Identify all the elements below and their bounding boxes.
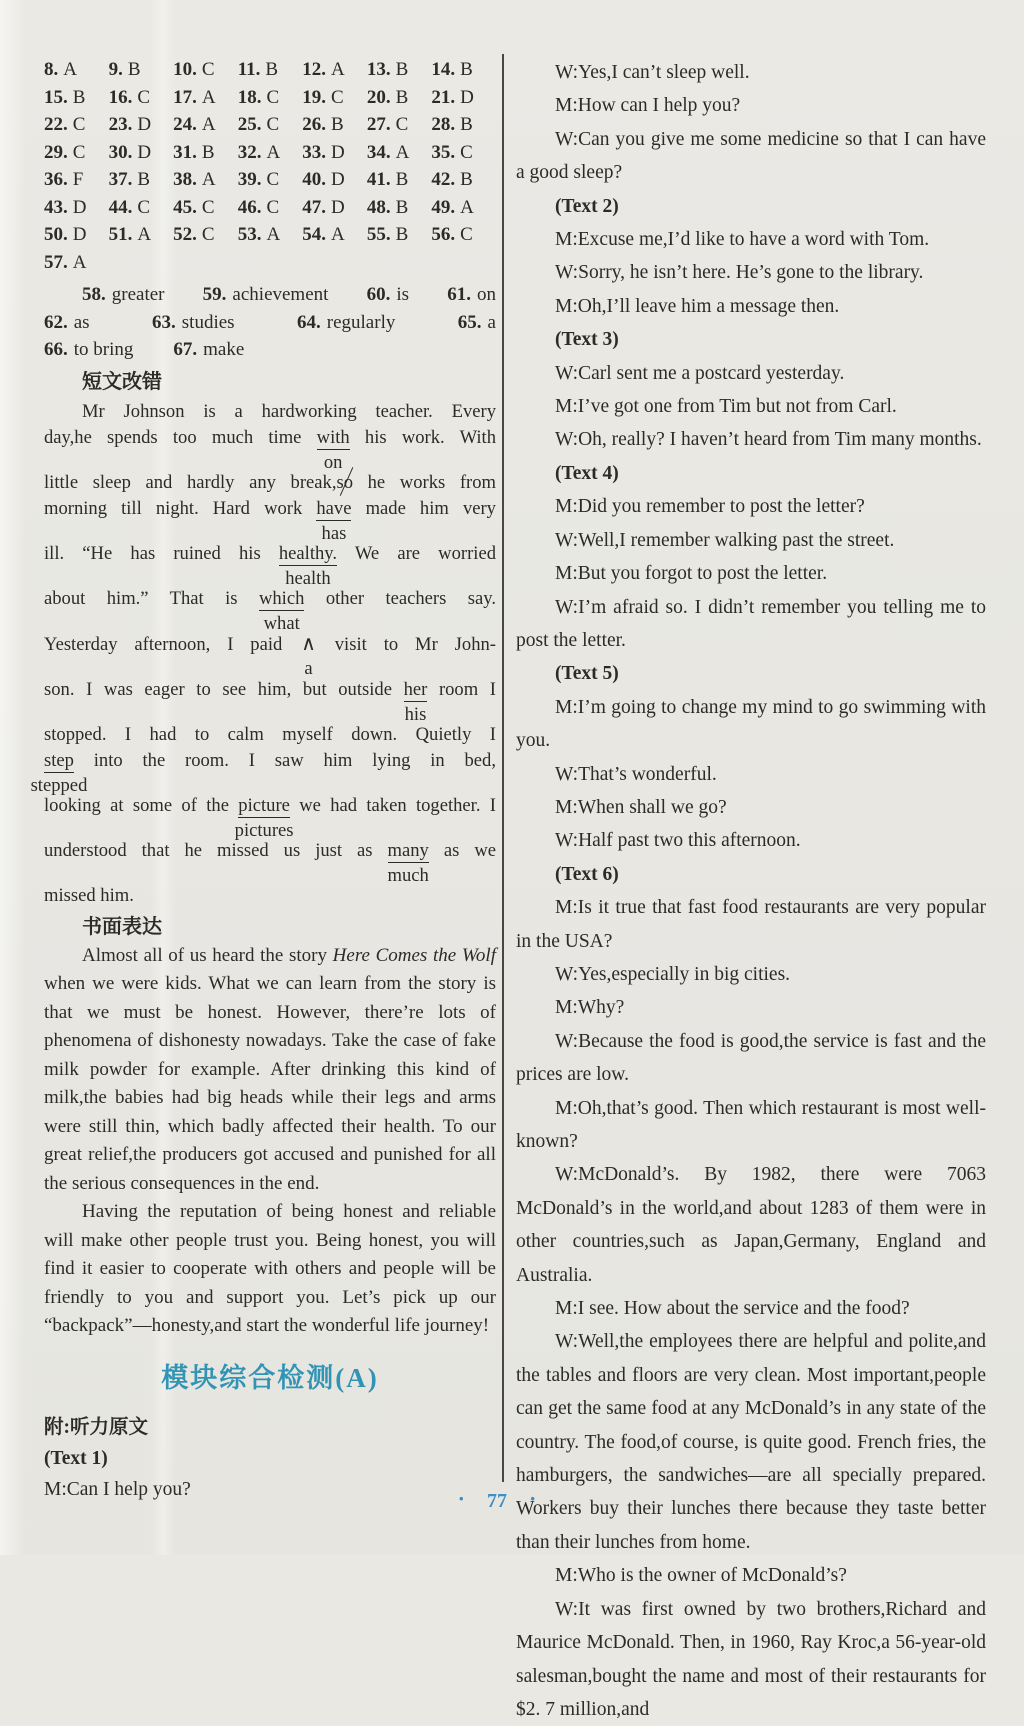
- answer-number: 11.: [238, 59, 261, 80]
- text-run: made him very: [351, 498, 496, 519]
- essay-paragraph: Almost all of us heard the story Here Co…: [44, 942, 496, 1199]
- answer-letter: D: [73, 197, 87, 218]
- text-run: other teachers say.: [304, 588, 496, 609]
- answer-cell: 19.C: [302, 84, 367, 112]
- text-run: son. I was eager to see him, but outside: [44, 679, 404, 700]
- answer-number: 8.: [44, 59, 58, 80]
- dialog-line: W:Half past two this afternoon.: [516, 824, 986, 857]
- answer-letter: A: [73, 252, 87, 273]
- text-section-label: (Text 6): [516, 858, 986, 891]
- answer-letter: C: [266, 87, 279, 108]
- fill-in-answer: 67.make: [173, 336, 244, 364]
- answer-letter: A: [63, 59, 77, 80]
- answer-number: 39.: [238, 169, 262, 190]
- answer-letter: B: [202, 142, 215, 163]
- text-run: into the room. I saw him lying in bed,: [74, 750, 496, 771]
- text-run: as we: [429, 840, 496, 861]
- fill-in-number: 65.: [458, 312, 482, 333]
- left-column: 8.A9.B10.C11.B12.A13.B14.B15.B16.C17.A18…: [44, 56, 496, 1505]
- answer-cell: 39.C: [238, 166, 303, 194]
- dialog-line: M:I’m going to change my mind to go swim…: [516, 691, 986, 758]
- fill-in-line: 66.to bring67.make: [44, 336, 496, 364]
- answer-cell: 54.A: [302, 221, 367, 249]
- dialog-line: M:I see. How about the service and the f…: [516, 1292, 986, 1325]
- answer-number: 55.: [367, 224, 391, 245]
- answer-cell: 41.B: [367, 166, 432, 194]
- writing-heading: 书面表达: [44, 912, 496, 942]
- answer-cell: 22.C: [44, 111, 109, 139]
- answer-number: 37.: [109, 169, 133, 190]
- answer-number: 45.: [173, 197, 197, 218]
- answer-number: 36.: [44, 169, 68, 190]
- fill-in-number: 67.: [173, 339, 197, 360]
- answer-number: 46.: [238, 197, 262, 218]
- dialog-line: M:Did you remember to post the letter?: [516, 490, 986, 523]
- correction-line: about him.” That is whichwhat other teac…: [44, 586, 496, 631]
- answer-cell: 52.C: [173, 221, 238, 249]
- answer-cell: 34.A: [367, 139, 432, 167]
- answer-number: 16.: [109, 87, 133, 108]
- text-run: ill. “He has ruined his: [44, 543, 279, 564]
- answer-letter: C: [137, 197, 150, 218]
- correction-line: looking at some of the picturepictures w…: [44, 793, 496, 838]
- answer-cell: 48.B: [367, 194, 432, 222]
- scanned-answer-key-page: 8.A9.B10.C11.B12.A13.B14.B15.B16.C17.A18…: [0, 0, 1024, 1555]
- dialog-line: M:Is it true that fast food restaurants …: [516, 891, 986, 958]
- story-title-italic: Here Comes the Wolf: [333, 945, 496, 966]
- answer-cell: 44.C: [109, 194, 174, 222]
- answer-cell: 29.C: [44, 139, 109, 167]
- answer-cell: 55.B: [367, 221, 432, 249]
- answer-number: 48.: [367, 197, 391, 218]
- text-run: stopped. I had to calm myself down. Quie…: [44, 724, 496, 745]
- fill-in-answer: 62.as: [44, 309, 90, 337]
- answer-letter: C: [73, 114, 86, 135]
- text-run: understood that he missed us just as: [44, 840, 388, 861]
- answer-cell: 8.A: [44, 56, 109, 84]
- answer-letter: A: [331, 224, 345, 245]
- page-number: 77: [487, 1490, 507, 1512]
- answer-letter: A: [137, 224, 151, 245]
- answer-number: 33.: [302, 142, 326, 163]
- dialog-line: W:McDonald’s. By 1982, there were 7063 M…: [516, 1158, 986, 1292]
- answer-letter: C: [73, 142, 86, 163]
- answer-cell: 10.C: [173, 56, 238, 84]
- answer-number: 43.: [44, 197, 68, 218]
- text-run: Yesterday afternoon, I paid: [44, 634, 299, 655]
- answer-number: 56.: [431, 224, 455, 245]
- correction-line: ill. “He has ruined his healthy.health W…: [44, 541, 496, 586]
- text-section-label: (Text 2): [516, 190, 986, 223]
- fill-in-value: make: [203, 339, 244, 360]
- right-column: W:Yes,I can’t sleep well.M:How can I hel…: [516, 56, 986, 1555]
- dialog-line: W:Carl sent me a postcard yesterday.: [516, 357, 986, 390]
- answer-letter: A: [266, 142, 280, 163]
- module-test-heading: 模块综合检测(A): [44, 1358, 496, 1398]
- answer-number: 22.: [44, 114, 68, 135]
- answer-cell: 56.C: [431, 221, 496, 249]
- answer-letter: D: [73, 224, 87, 245]
- answer-cell: 26.B: [302, 111, 367, 139]
- fill-in-value: achievement: [232, 284, 328, 305]
- correction-line: morning till night. Hard work havehas ma…: [44, 496, 496, 541]
- fill-in-value: is: [396, 284, 409, 305]
- answer-number: 17.: [173, 87, 197, 108]
- error-correction-heading: 短文改错: [44, 367, 496, 397]
- answer-number: 57.: [44, 252, 68, 273]
- text1-label: (Text 1): [44, 1443, 496, 1474]
- fill-in-answers: 58.greater59.achievement60.is61.on62.as6…: [44, 281, 496, 364]
- answer-letter: D: [137, 114, 151, 135]
- answer-cell: 18.C: [238, 84, 303, 112]
- correction-line: Mr Johnson is a hardworking teacher. Eve…: [44, 399, 496, 425]
- fill-in-value: studies: [182, 312, 235, 333]
- text-run: We are worried: [337, 543, 496, 564]
- answer-cell: 11.B: [238, 56, 303, 84]
- answer-cell: 46.C: [238, 194, 303, 222]
- dialog-line: M:How can I help you?: [516, 89, 986, 122]
- answer-letter: A: [396, 142, 410, 163]
- text-run: Almost all of us heard the story: [82, 945, 333, 966]
- answer-number: 12.: [302, 59, 326, 80]
- fill-in-number: 59.: [203, 284, 227, 305]
- answer-cell: 38.A: [173, 166, 238, 194]
- answer-cell: 13.B: [367, 56, 432, 84]
- answer-cell: 15.B: [44, 84, 109, 112]
- correction-line: stopped. I had to calm myself down. Quie…: [44, 722, 496, 748]
- answer-cell: 49.A: [431, 194, 496, 222]
- answer-cell: 27.C: [367, 111, 432, 139]
- fill-in-answer: 66.to bring: [44, 336, 133, 364]
- answer-number: 49.: [431, 197, 455, 218]
- answer-cell: 31.B: [173, 139, 238, 167]
- fill-in-number: 58.: [82, 284, 106, 305]
- answer-letter: C: [202, 224, 215, 245]
- answer-letter: D: [137, 142, 151, 163]
- answer-letter: A: [202, 87, 216, 108]
- listening-script-label: 附:听力原文: [44, 1412, 496, 1443]
- dialog-line: M:Oh,that’s good. Then which restaurant …: [516, 1092, 986, 1159]
- answer-number: 20.: [367, 87, 391, 108]
- answer-letter: C: [460, 142, 473, 163]
- footer-dot: ·: [529, 1486, 536, 1511]
- fill-in-answer: 64.regularly: [297, 309, 395, 337]
- fill-in-answer: 63.studies: [152, 309, 235, 337]
- answer-number: 10.: [173, 59, 197, 80]
- answer-letter: A: [460, 197, 474, 218]
- correction-line: day,he spends too much time withon his w…: [44, 425, 496, 470]
- answer-cell: 40.D: [302, 166, 367, 194]
- answer-letter: B: [460, 169, 473, 190]
- answer-cell: 45.C: [173, 194, 238, 222]
- dialog-line: M:Excuse me,I’d like to have a word with…: [516, 223, 986, 256]
- underlined-error-word: stepstepped: [44, 750, 74, 773]
- underlined-error-word: withon: [317, 427, 350, 450]
- answer-letter: D: [331, 142, 345, 163]
- underlined-error-word: picturepictures: [238, 795, 290, 818]
- answer-letter: D: [460, 87, 474, 108]
- correction-line: understood that he missed us just as man…: [44, 838, 496, 883]
- text-section-label: (Text 4): [516, 457, 986, 490]
- text-run: his work. With: [350, 427, 496, 448]
- answer-grid: 8.A9.B10.C11.B12.A13.B14.B15.B16.C17.A18…: [44, 56, 496, 276]
- answer-cell: 51.A: [109, 221, 174, 249]
- answer-number: 42.: [431, 169, 455, 190]
- fill-in-value: to bring: [74, 339, 134, 360]
- text-run: day,he spends too much time: [44, 427, 317, 448]
- text-run: room I: [427, 679, 496, 700]
- answer-cell: 32.A: [238, 139, 303, 167]
- answer-cell: 50.D: [44, 221, 109, 249]
- dialog-line: W:Oh, really? I haven’t heard from Tim m…: [516, 423, 986, 456]
- answer-number: 52.: [173, 224, 197, 245]
- answer-cell: 28.B: [431, 111, 496, 139]
- answer-cell: 33.D: [302, 139, 367, 167]
- correction-line: missed him.: [44, 883, 496, 909]
- dialog-line: M:But you forgot to post the letter.: [516, 557, 986, 590]
- answer-number: 32.: [238, 142, 262, 163]
- text-section-label: (Text 3): [516, 323, 986, 356]
- answer-letter: A: [266, 224, 280, 245]
- answer-cell: 35.C: [431, 139, 496, 167]
- answer-number: 51.: [109, 224, 133, 245]
- answer-number: 44.: [109, 197, 133, 218]
- fill-in-number: 66.: [44, 339, 68, 360]
- underlined-error-word: whichwhat: [259, 588, 304, 611]
- answer-number: 14.: [431, 59, 455, 80]
- text-run: we had taken together. I: [290, 795, 496, 816]
- answer-letter: C: [266, 197, 279, 218]
- answer-letter: B: [128, 59, 141, 80]
- answer-number: 18.: [238, 87, 262, 108]
- fill-in-value: a: [488, 312, 496, 333]
- answer-number: 38.: [173, 169, 197, 190]
- answer-letter: B: [396, 197, 409, 218]
- underlined-error-word: havehas: [316, 498, 351, 521]
- dialog-line: W:Yes,I can’t sleep well.: [516, 56, 986, 89]
- correction-line: little sleep and hardly any break,so he …: [44, 470, 496, 496]
- text-run: he works from: [353, 472, 496, 493]
- answer-number: 34.: [367, 142, 391, 163]
- answer-number: 41.: [367, 169, 391, 190]
- answer-number: 19.: [302, 87, 326, 108]
- answer-number: 40.: [302, 169, 326, 190]
- text-run: Mr Johnson is a hardworking teacher. Eve…: [82, 401, 496, 422]
- fill-in-number: 63.: [152, 312, 176, 333]
- text-run: missed him.: [44, 885, 134, 906]
- text-run: visit to Mr John-: [318, 634, 496, 655]
- correction-line: son. I was eager to see him, but outside…: [44, 677, 496, 722]
- fill-in-value: on: [477, 284, 496, 305]
- answer-letter: A: [202, 114, 216, 135]
- fill-in-number: 64.: [297, 312, 321, 333]
- dialog-line: M:Can I help you?: [44, 1474, 496, 1505]
- answer-letter: C: [266, 114, 279, 135]
- insertion-caret-icon: ∧a: [299, 633, 318, 655]
- answer-number: 35.: [431, 142, 455, 163]
- answer-letter: B: [73, 87, 86, 108]
- fill-in-number: 60.: [367, 284, 391, 305]
- fill-in-value: regularly: [327, 312, 396, 333]
- answer-number: 26.: [302, 114, 326, 135]
- dialog-line: M:Oh,I’ll leave him a message then.: [516, 290, 986, 323]
- deleted-word: so: [336, 470, 353, 496]
- correction-line: stepstepped into the room. I saw him lyi…: [44, 748, 496, 793]
- answer-number: 30.: [109, 142, 133, 163]
- text-run: about him.” That is: [44, 588, 259, 609]
- fill-in-value: as: [74, 312, 90, 333]
- column-divider-rule: [502, 54, 504, 1482]
- answer-number: 53.: [238, 224, 262, 245]
- answer-cell: 37.B: [109, 166, 174, 194]
- answer-number: 23.: [109, 114, 133, 135]
- answer-letter: D: [331, 197, 345, 218]
- answer-number: 47.: [302, 197, 326, 218]
- dialog-line: W:That’s wonderful.: [516, 758, 986, 791]
- answer-cell: 9.B: [109, 56, 174, 84]
- underlined-error-word: herhis: [404, 679, 428, 702]
- footer-dot: ·: [458, 1486, 465, 1511]
- answer-number: 21.: [431, 87, 455, 108]
- answer-letter: C: [396, 114, 409, 135]
- text-run: looking at some of the: [44, 795, 238, 816]
- essay-paragraph: Having the reputation of being honest an…: [44, 1198, 496, 1341]
- page-footer: ·77·: [436, 1486, 559, 1513]
- answer-letter: F: [73, 169, 84, 190]
- text-run: morning till night. Hard work: [44, 498, 316, 519]
- dialog-line: W:Because the food is good,the service i…: [516, 1025, 986, 1092]
- fill-in-line: 58.greater59.achievement60.is61.on: [44, 281, 496, 309]
- fill-in-line: 62.as63.studies64.regularly65.a: [44, 309, 496, 337]
- dialog-line: M:I’ve got one from Tim but not from Car…: [516, 390, 986, 423]
- fill-in-answer: 60.is: [367, 281, 409, 309]
- answer-letter: D: [331, 169, 345, 190]
- answer-cell: 23.D: [109, 111, 174, 139]
- answer-letter: C: [137, 87, 150, 108]
- dialog-line: M:Why?: [516, 991, 986, 1024]
- text-run: Having the reputation of being honest an…: [44, 1201, 496, 1336]
- answer-letter: C: [202, 197, 215, 218]
- answer-cell: 36.F: [44, 166, 109, 194]
- answer-letter: B: [460, 59, 473, 80]
- text-run: when we were kids. What we can learn fro…: [44, 973, 496, 1194]
- underlined-error-word: manymuch: [388, 840, 429, 863]
- answer-number: 54.: [302, 224, 326, 245]
- error-correction-passage: Mr Johnson is a hardworking teacher. Eve…: [44, 399, 496, 909]
- answer-cell: 25.C: [238, 111, 303, 139]
- answer-letter: C: [202, 59, 215, 80]
- answer-number: 24.: [173, 114, 197, 135]
- answer-number: 27.: [367, 114, 391, 135]
- answer-cell: 43.D: [44, 194, 109, 222]
- fill-in-answer: 58.greater: [82, 281, 164, 309]
- answer-cell: 20.B: [367, 84, 432, 112]
- answer-letter: C: [460, 224, 473, 245]
- dialog-line: W:I’m afraid so. I didn’t remember you t…: [516, 591, 986, 658]
- fill-in-answer: 65.a: [458, 309, 496, 337]
- dialog-line: W:Sorry, he isn’t here. He’s gone to the…: [516, 256, 986, 289]
- answer-letter: B: [331, 114, 344, 135]
- answer-cell: 42.B: [431, 166, 496, 194]
- answer-number: 9.: [109, 59, 123, 80]
- fill-in-number: 61.: [447, 284, 471, 305]
- answer-cell: 14.B: [431, 56, 496, 84]
- answer-letter: B: [396, 87, 409, 108]
- text-section-label: (Text 5): [516, 657, 986, 690]
- answer-cell: 24.A: [173, 111, 238, 139]
- answer-cell: 53.A: [238, 221, 303, 249]
- answer-letter: B: [265, 59, 278, 80]
- fill-in-answer: 59.achievement: [203, 281, 329, 309]
- fill-in-answer: 61.on: [447, 281, 496, 309]
- text-run: little sleep and hardly any break,: [44, 472, 336, 493]
- answer-letter: C: [331, 87, 344, 108]
- answer-number: 13.: [367, 59, 391, 80]
- answer-number: 25.: [238, 114, 262, 135]
- answer-letter: B: [396, 59, 409, 80]
- dialog-line: W:Can you give me some medicine so that …: [516, 123, 986, 190]
- answer-letter: B: [396, 169, 409, 190]
- answer-letter: B: [396, 224, 409, 245]
- correction-line: Yesterday afternoon, I paid ∧a visit to …: [44, 631, 496, 677]
- answer-cell: 30.D: [109, 139, 174, 167]
- answer-cell: 17.A: [173, 84, 238, 112]
- answer-number: 28.: [431, 114, 455, 135]
- dialog-line: W:Well,I remember walking past the stree…: [516, 524, 986, 557]
- answer-cell: 21.D: [431, 84, 496, 112]
- dialog-line: W:Well,the employees there are helpful a…: [516, 1325, 986, 1555]
- answer-letter: A: [202, 169, 216, 190]
- dialog-line: M:When shall we go?: [516, 791, 986, 824]
- answer-cell: 47.D: [302, 194, 367, 222]
- answer-number: 31.: [173, 142, 197, 163]
- essay-model-answer: Almost all of us heard the story Here Co…: [44, 942, 496, 1341]
- fill-in-value: greater: [112, 284, 165, 305]
- answer-letter: C: [266, 169, 279, 190]
- answer-cell: 12.A: [302, 56, 367, 84]
- underlined-error-word: healthy.health: [279, 543, 337, 566]
- fill-in-number: 62.: [44, 312, 68, 333]
- answer-number: 15.: [44, 87, 68, 108]
- answer-number: 29.: [44, 142, 68, 163]
- answer-cell: 16.C: [109, 84, 174, 112]
- dialog-line: W:Yes,especially in big cities.: [516, 958, 986, 991]
- answer-letter: B: [460, 114, 473, 135]
- answer-number: 50.: [44, 224, 68, 245]
- answer-letter: B: [137, 169, 150, 190]
- answer-cell: 57.A: [44, 249, 109, 277]
- answer-letter: A: [331, 59, 345, 80]
